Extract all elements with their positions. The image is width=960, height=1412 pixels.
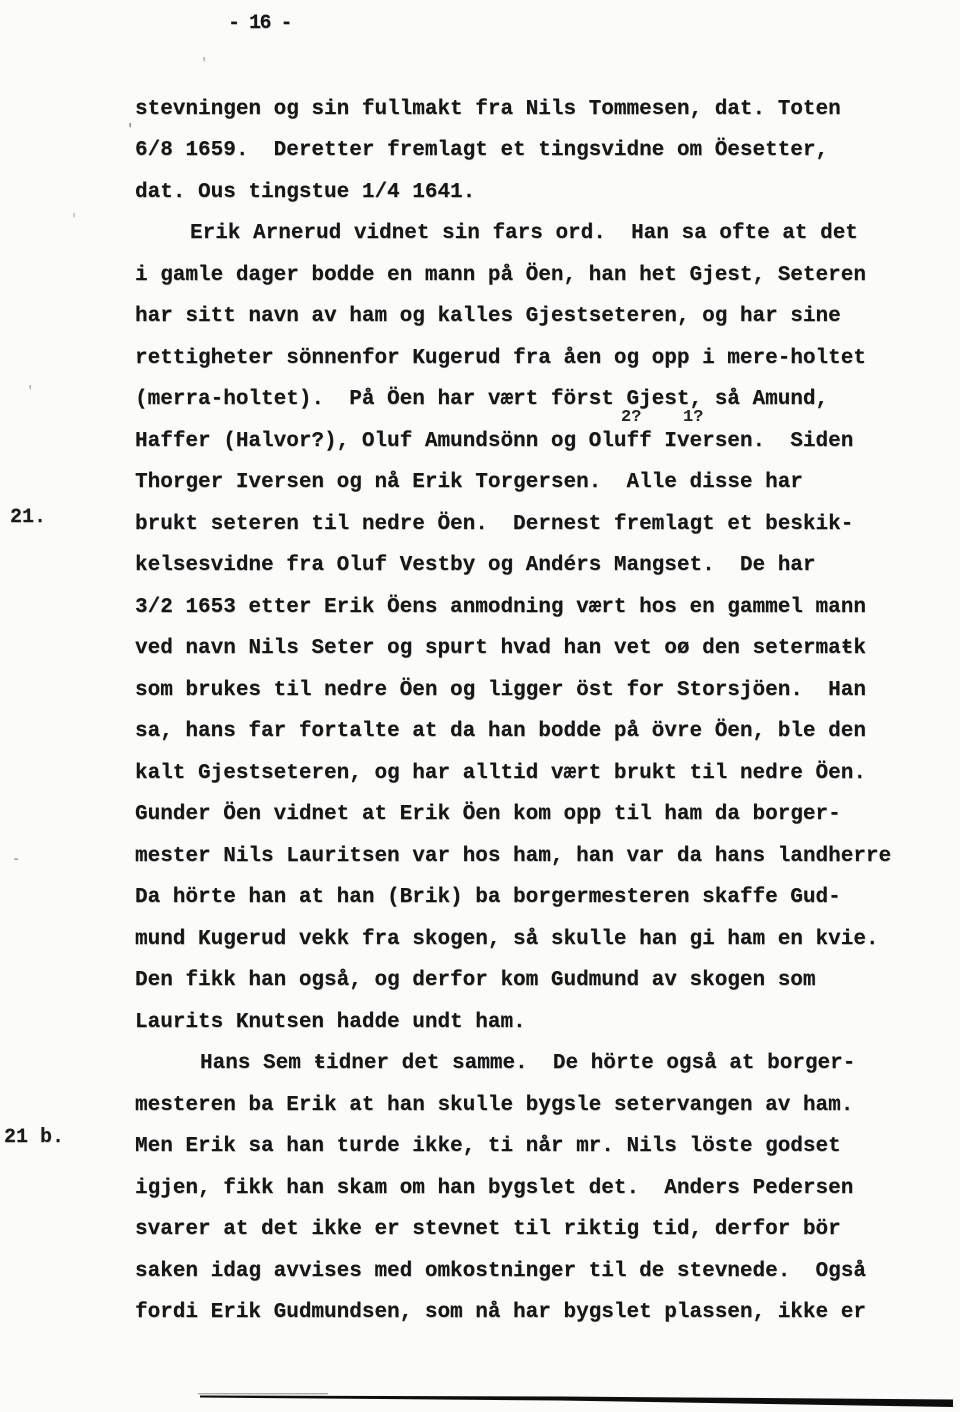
ink-speck: ' <box>165 1186 173 1202</box>
text-line: saken idag avvises med omkostninger til … <box>135 1260 866 1283</box>
text-line: dat. Ous tingstue 1/4 1641. <box>135 181 475 204</box>
margin-note: 21. <box>10 506 46 529</box>
interlinear-annotation: 1? <box>683 408 703 427</box>
text-line: 3/2 1653 etter Erik Öens anmodning vært … <box>135 596 866 619</box>
text-line: mund Kugerud vekk fra skogen, så skulle … <box>135 928 879 951</box>
text-line: fordi Erik Gudmundsen, som nå har bygsle… <box>135 1301 866 1324</box>
text-line: Den fikk han også, og derfor kom Gudmund… <box>135 969 816 992</box>
text-line: rettigheter sönnenfor Kugerud fra åen og… <box>135 347 866 370</box>
page-number: - 16 - <box>228 12 291 35</box>
text-line: mesteren ba Erik at han skulle bygsle se… <box>135 1094 853 1117</box>
text-line: Da hörte han at han (Brik) ba borgermest… <box>135 886 841 909</box>
text-line: igjen, fikk han skam om han bygslet det.… <box>135 1177 853 1200</box>
text-line: som brukes til nedre Öen og ligger öst f… <box>135 679 866 702</box>
text-line: Men Erik sa han turde ikke, ti når mr. N… <box>135 1135 841 1158</box>
text-line: ved navn Nils Seter og spurt hvad han ve… <box>135 637 866 660</box>
ink-speck: ' <box>70 212 78 228</box>
text-line: Erik Arnerud vidnet sin fars ord. Han sa… <box>190 222 858 245</box>
ink-speck: - <box>12 852 20 868</box>
text-line: Thorger Iversen og nå Erik Torgersen. Al… <box>135 471 803 494</box>
margin-note: 21 b. <box>4 1126 64 1149</box>
scan-artifact-line <box>0 1380 960 1412</box>
text-line: Hans Sem ŧidner det samme. De hörte også… <box>200 1052 855 1075</box>
text-line: i gamle dager bodde en mann på Öen, han … <box>135 264 866 287</box>
text-line: kelsesvidne fra Oluf Vestby og Andérs Ma… <box>135 554 816 577</box>
text-line: sa, hans far fortalte at da han bodde på… <box>135 720 866 743</box>
text-line: Haffer (Halvor?), Oluf Amundsönn og Oluf… <box>135 430 853 453</box>
ink-speck: ' <box>26 384 34 400</box>
text-line: 6/8 1659. Deretter fremlagt et tingsvidn… <box>135 139 828 162</box>
text-line: svarer at det ikke er stevnet til riktig… <box>135 1218 841 1241</box>
text-line: brukt seteren til nedre Öen. Dernest fre… <box>135 513 853 536</box>
text-line: kalt Gjestseteren, og har alltid vært br… <box>135 762 866 785</box>
text-line: Laurits Knutsen hadde undt ham. <box>135 1011 526 1034</box>
ink-speck: ' <box>200 56 208 72</box>
text-line: Gunder Öen vidnet at Erik Öen kom opp ti… <box>135 803 841 826</box>
interlinear-annotation: 2? <box>621 408 641 427</box>
text-line: (merra-holtet). På Öen har vært först Gj… <box>135 388 828 411</box>
text-line: har sitt navn av ham og kalles Gjestsete… <box>135 305 841 328</box>
text-line: mester Nils Lauritsen var hos ham, han v… <box>135 845 891 868</box>
text-line: stevningen og sin fullmakt fra Nils Tomm… <box>135 98 841 121</box>
scanned-page: - 16 - stevningen og sin fullmakt fra Ni… <box>0 0 960 1412</box>
ink-speck: ' <box>126 122 134 138</box>
